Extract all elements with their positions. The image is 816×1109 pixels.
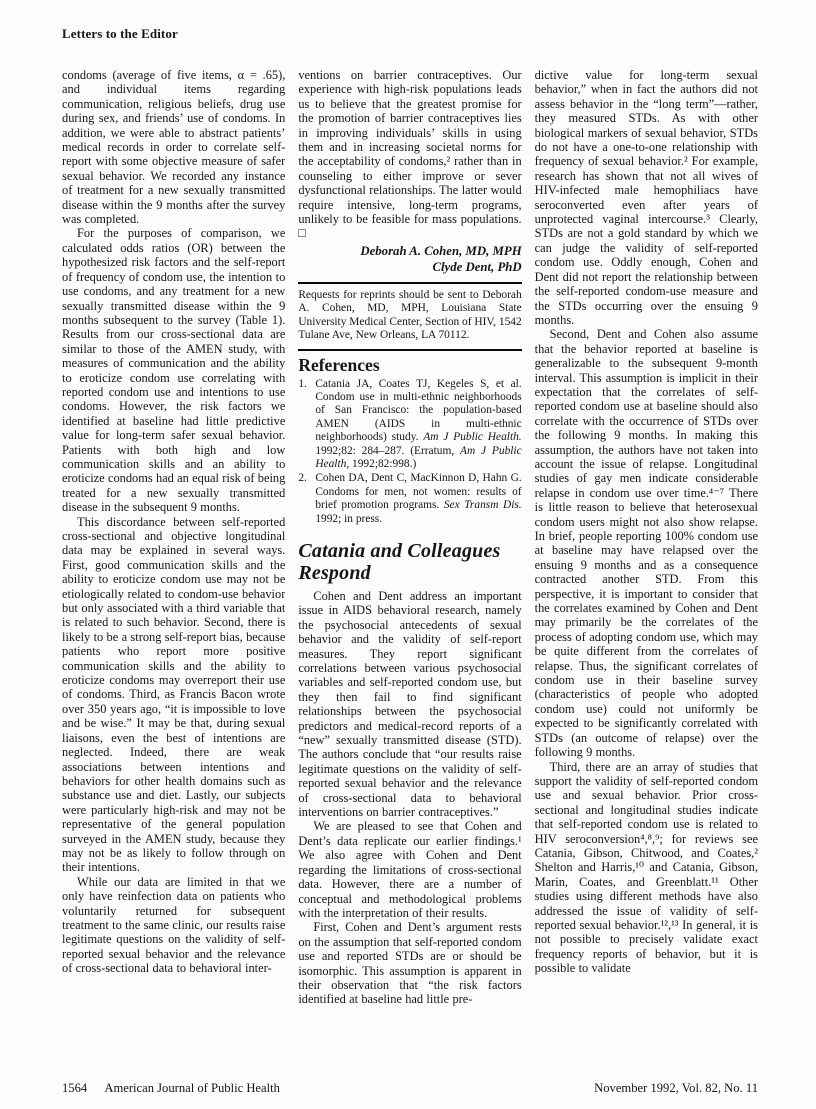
paragraph: We are pleased to see that Cohen and Den… xyxy=(298,819,521,920)
page-columns: condoms (average of five items, α = .65)… xyxy=(62,68,758,1050)
paragraph: Third, there are an array of studies tha… xyxy=(535,760,758,976)
signature-line: Clyde Dent, PhD xyxy=(298,259,521,276)
paragraph: dictive value for long-term sexual behav… xyxy=(535,68,758,327)
column-3: dictive value for long-term sexual behav… xyxy=(535,68,758,1050)
journal-title: American Journal of Public Health xyxy=(104,1081,280,1095)
reference-item: 1. Catania JA, Coates TJ, Kegeles S, et … xyxy=(298,378,521,472)
running-head: Letters to the Editor xyxy=(62,26,758,42)
paragraph: This discordance between self-reported c… xyxy=(62,515,285,875)
signature-line: Deborah A. Cohen, MD, MPH xyxy=(298,243,521,260)
divider-rule xyxy=(298,349,521,351)
paragraph: First, Cohen and Dent’s argument rests o… xyxy=(298,920,521,1006)
reference-item: 2. Cohen DA, Dent C, MacKinnon D, Hahn G… xyxy=(298,472,521,526)
issue-info: November 1992, Vol. 82, No. 11 xyxy=(594,1081,758,1096)
reference-text: Cohen DA, Dent C, MacKinnon D, Hahn G. C… xyxy=(315,472,521,524)
page-number: 1564 xyxy=(62,1081,87,1095)
reference-number: 2. xyxy=(298,472,307,485)
respond-heading: Catania and Colleagues Respond xyxy=(298,540,521,584)
reference-text: Catania JA, Coates TJ, Kegeles S, et al.… xyxy=(315,378,521,470)
paragraph: condoms (average of five items, α = .65)… xyxy=(62,68,285,226)
divider-rule xyxy=(298,282,521,284)
paragraph: Second, Dent and Cohen also assume that … xyxy=(535,327,758,759)
reference-number: 1. xyxy=(298,378,307,391)
paragraph: While our data are limited in that we on… xyxy=(62,875,285,976)
footer-left: 1564 American Journal of Public Health xyxy=(62,1081,280,1096)
references-heading: References xyxy=(298,356,521,375)
footer: 1564 American Journal of Public Health N… xyxy=(62,1081,758,1096)
paragraph: ventions on barrier contraceptives. Our … xyxy=(298,68,521,241)
reprints-note: Requests for reprints should be sent to … xyxy=(298,289,521,343)
paragraph: Cohen and Dent address an important issu… xyxy=(298,589,521,820)
column-1: condoms (average of five items, α = .65)… xyxy=(62,68,285,1050)
column-2: ventions on barrier contraceptives. Our … xyxy=(298,68,521,1050)
paragraph: For the purposes of comparison, we calcu… xyxy=(62,226,285,514)
journal-page: Letters to the Editor condoms (average o… xyxy=(0,0,816,1109)
